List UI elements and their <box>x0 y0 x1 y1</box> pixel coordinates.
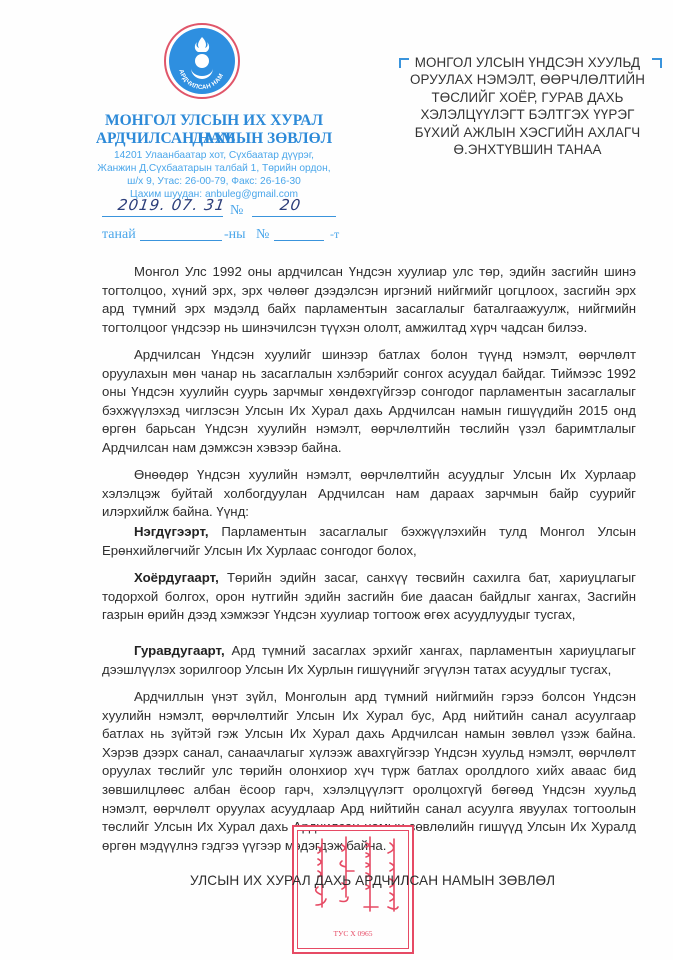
addressee-corner-right <box>652 58 662 68</box>
paragraph-text: Өнөөдөр Үндсэн хуулийн нэмэлт, өөрчлөлти… <box>102 466 636 522</box>
party-logo: АРДЧИЛСАН НАМ <box>164 23 240 99</box>
point-1: Нэгдүгээрт, Парламентын засаглалыг бэхжү… <box>102 523 636 560</box>
date-underline <box>102 216 223 217</box>
address-line1: 14201 Улаанбаатар хот, Сүхбаатар дүүрэг, <box>95 149 333 163</box>
addressee-line: БҮХИЙ АЖЛЫН ХЭСГИЙН АХЛАГЧ <box>405 124 650 141</box>
your-label: танай <box>102 227 136 243</box>
your-suffix: -ны <box>224 227 246 243</box>
addressee-block: МОНГОЛ УЛСЫН ҮНДСЭН ХУУЛЬД ОРУУЛАХ НЭМЭЛ… <box>405 54 650 158</box>
paragraph-text: Монгол Улс 1992 оны ардчилсан Үндсэн хуу… <box>102 263 636 337</box>
date-handwritten: 2019. 07. 31 <box>117 196 227 214</box>
addressee-line: МОНГОЛ УЛСЫН ҮНДСЭН ХУУЛЬД <box>405 54 650 71</box>
addressee-line: ОРУУЛАХ НЭМЭЛТ, ӨӨРЧЛӨЛТИЙН <box>405 71 650 88</box>
stamp-serial: ТУС Х 0965 <box>294 929 412 938</box>
point-2-lead: Хоёрдугаарт, <box>134 570 219 585</box>
letter-page: АРДЧИЛСАН НАМ МОНГОЛ УЛСЫН ИХ ХУРАЛ ДАХЬ… <box>0 0 673 960</box>
paragraph-text: Ардчилсан Үндсэн хуулийг шинээр батлах б… <box>102 346 636 458</box>
paragraph-3: Өнөөдөр Үндсэн хуулийн нэмэлт, өөрчлөлти… <box>102 466 636 522</box>
point-3: Гуравдугаарт, Ард түмний засаглах эрхийг… <box>102 642 636 679</box>
soyombo-emblem-icon: АРДЧИЛСАН НАМ <box>169 28 235 94</box>
address-line3: ш/х 9, Утас: 26-00-79, Факс: 26-16-30 <box>95 175 333 189</box>
your-number-suffix: -т <box>330 227 339 242</box>
number-label: № <box>230 203 243 219</box>
addressee-line: ХЭЛЭЛЦҮҮЛЭГТ БЭЛТГЭХ ҮҮРЭГ <box>405 106 650 123</box>
paragraph-2: Ардчилсан Үндсэн хуулийг шинээр батлах б… <box>102 346 636 458</box>
svg-text:АРДЧИЛСАН НАМ: АРДЧИЛСАН НАМ <box>177 69 225 92</box>
official-stamp: ТУС Х 0965 <box>292 825 414 954</box>
your-number-underline <box>274 240 324 241</box>
signature-line: УЛСЫН ИХ ХУРАЛ ДАХЬ АРДЧИЛСАН НАМЫН ЗӨВЛ… <box>190 873 555 888</box>
org-name-line2: АРДЧИЛСАН НАМЫН ЗӨВЛӨЛ <box>95 130 333 148</box>
address-line2: Жанжин Д.Сүхбаатарын талбай 1, Төрийн ор… <box>95 162 333 176</box>
your-date-underline <box>140 240 222 241</box>
paragraph-1: Монгол Улс 1992 оны ардчилсан Үндсэн хуу… <box>102 263 636 337</box>
point-3-lead: Гуравдугаарт, <box>134 643 225 658</box>
number-handwritten: 20 <box>279 196 303 214</box>
addressee-line: ТӨСЛИЙГ ХОЁР, ГУРАВ ДАХЬ <box>405 89 650 106</box>
point-2: Хоёрдугаарт, Төрийн эдийн засаг, санхүү … <box>102 569 636 625</box>
number-underline <box>252 216 336 217</box>
your-number-label: № <box>256 227 269 243</box>
addressee-line: Ө.ЭНХТҮВШИН ТАНАА <box>405 141 650 158</box>
point-1-lead: Нэгдүгээрт, <box>134 524 209 539</box>
